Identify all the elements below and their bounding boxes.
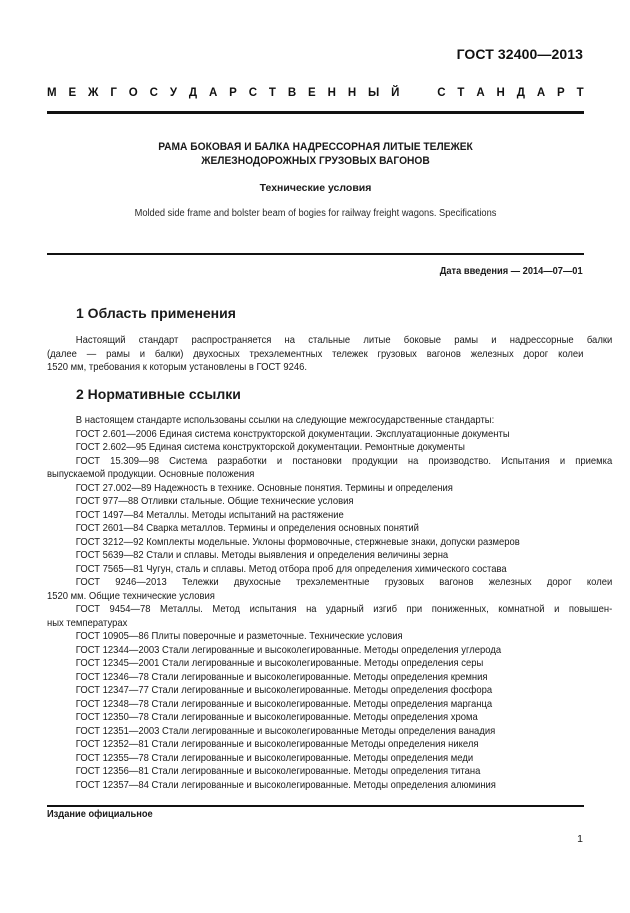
section-1-body: Настоящий стандарт распространяется на с… bbox=[47, 334, 584, 375]
banner-letter: Н bbox=[348, 87, 356, 99]
reference-item-continuation: 1520 мм. Общие технические условия bbox=[47, 590, 583, 604]
banner-letter: Е bbox=[68, 87, 76, 99]
banner-gap bbox=[411, 87, 425, 99]
banner-letter: Д bbox=[189, 87, 197, 99]
reference-item: ГОСТ 2.602—95 Единая система конструктор… bbox=[47, 441, 612, 455]
document-title: РАМА БОКОВАЯ И БАЛКА НАДРЕССОРНАЯ ЛИТЫЕ … bbox=[66, 140, 565, 168]
banner-letter: А bbox=[476, 87, 484, 99]
reference-item: ГОСТ 12357—84 Стали легированные и высок… bbox=[47, 779, 612, 793]
reference-item-continuation: выпускаемой продукции. Основные положени… bbox=[47, 468, 583, 482]
document-subtitle: Технические условия bbox=[47, 182, 584, 194]
section-1-line: Настоящий стандарт распространяется на с… bbox=[47, 334, 612, 348]
header-rule bbox=[47, 111, 584, 114]
banner-letter: Е bbox=[308, 87, 316, 99]
banner-letter: Р bbox=[557, 87, 565, 99]
reference-item: ГОСТ 10905—86 Плиты поверочные и размето… bbox=[47, 630, 612, 644]
title-line-1: РАМА БОКОВАЯ И БАЛКА НАДРЕССОРНАЯ ЛИТЫЕ … bbox=[66, 140, 565, 154]
reference-item: ГОСТ 9454—78 Металлы. Метод испытания на… bbox=[47, 603, 612, 617]
banner-letter: В bbox=[288, 87, 296, 99]
reference-item: ГОСТ 5639—82 Стали и сплавы. Методы выяв… bbox=[47, 549, 612, 563]
banner-letter: С bbox=[437, 87, 445, 99]
reference-item: ГОСТ 1497—84 Металлы. Методы испытаний н… bbox=[47, 509, 612, 523]
banner-letter: Н bbox=[497, 87, 505, 99]
section-1-line: 1520 мм, требования к которым установлен… bbox=[47, 361, 583, 375]
reference-item: ГОСТ 2601—84 Сварка металлов. Термины и … bbox=[47, 522, 612, 536]
banner-letter: С bbox=[150, 87, 158, 99]
banner-letter: Г bbox=[110, 87, 117, 99]
introduction-date: Дата введения — 2014—07—01 bbox=[440, 266, 583, 277]
banner-letter: Т bbox=[457, 87, 464, 99]
banner-letter: А bbox=[537, 87, 545, 99]
section-1-heading: 1 Область применения bbox=[76, 305, 236, 321]
interstate-standard-banner: МЕЖГОСУДАРСТВЕННЫЙСТАНДАРТ bbox=[47, 87, 584, 99]
banner-letter: Т bbox=[269, 87, 276, 99]
reference-item: ГОСТ 12356—81 Стали легированные и высок… bbox=[47, 765, 612, 779]
reference-item: ГОСТ 9246—2013 Тележки двухосные трехэле… bbox=[47, 576, 612, 590]
page-number: 1 bbox=[577, 833, 583, 845]
english-title: Molded side frame and bolster beam of bo… bbox=[66, 208, 565, 219]
banner-letter: У bbox=[170, 87, 177, 99]
reference-item: ГОСТ 2.601—2006 Единая система конструкт… bbox=[47, 428, 612, 442]
reference-item: ГОСТ 12355—78 Стали легированные и высок… bbox=[47, 752, 612, 766]
reference-item: ГОСТ 3212—92 Комплекты модельные. Уклоны… bbox=[47, 536, 612, 550]
reference-item: ГОСТ 7565—81 Чугун, сталь и сплавы. Мето… bbox=[47, 563, 612, 577]
reference-item: ГОСТ 12352—81 Стали легированные и высок… bbox=[47, 738, 612, 752]
banner-letter: М bbox=[47, 87, 57, 99]
reference-item: ГОСТ 12348—78 Стали легированные и высок… bbox=[47, 698, 612, 712]
section-2-heading: 2 Нормативные ссылки bbox=[76, 386, 241, 402]
reference-item: ГОСТ 15.309—98 Система разработки и пост… bbox=[47, 455, 612, 469]
banner-letter: Т bbox=[577, 87, 584, 99]
footer-rule bbox=[47, 805, 584, 807]
references-list: В настоящем стандарте использованы ссылк… bbox=[47, 414, 584, 792]
banner-letter: С bbox=[249, 87, 257, 99]
title-line-2: ЖЕЛЕЗНОДОРОЖНЫХ ГРУЗОВЫХ ВАГОНОВ bbox=[66, 154, 565, 168]
reference-item: ГОСТ 12347—77 Стали легированные и высок… bbox=[47, 684, 612, 698]
banner-letter: Р bbox=[229, 87, 237, 99]
banner-letter: Н bbox=[328, 87, 336, 99]
banner-letter: О bbox=[129, 87, 138, 99]
section-1-line: (далее — рамы и балки) двухосных трехэле… bbox=[47, 348, 583, 362]
banner-letter: Ы bbox=[368, 87, 379, 99]
banner-letter: Ж bbox=[88, 87, 98, 99]
reference-item: ГОСТ 12346—78 Стали легированные и высок… bbox=[47, 671, 612, 685]
official-edition-label: Издание официальное bbox=[47, 809, 153, 820]
reference-item-continuation: ных температурах bbox=[47, 617, 583, 631]
banner-letter: Д bbox=[517, 87, 525, 99]
banner-letter: А bbox=[209, 87, 217, 99]
reference-item: ГОСТ 12351—2003 Стали легированные и выс… bbox=[47, 725, 612, 739]
document-code: ГОСТ 32400—2013 bbox=[457, 46, 583, 62]
reference-item: ГОСТ 12350—78 Стали легированные и высок… bbox=[47, 711, 612, 725]
reference-item: ГОСТ 977—88 Отливки стальные. Общие техн… bbox=[47, 495, 612, 509]
reference-item: ГОСТ 12344—2003 Стали легированные и выс… bbox=[47, 644, 612, 658]
reference-item: ГОСТ 27.002—89 Надежность в технике. Осн… bbox=[47, 482, 612, 496]
title-rule bbox=[47, 253, 584, 255]
references-intro: В настоящем стандарте использованы ссылк… bbox=[47, 414, 612, 428]
banner-letter: Й bbox=[391, 87, 399, 99]
reference-item: ГОСТ 12345—2001 Стали легированные и выс… bbox=[47, 657, 612, 671]
